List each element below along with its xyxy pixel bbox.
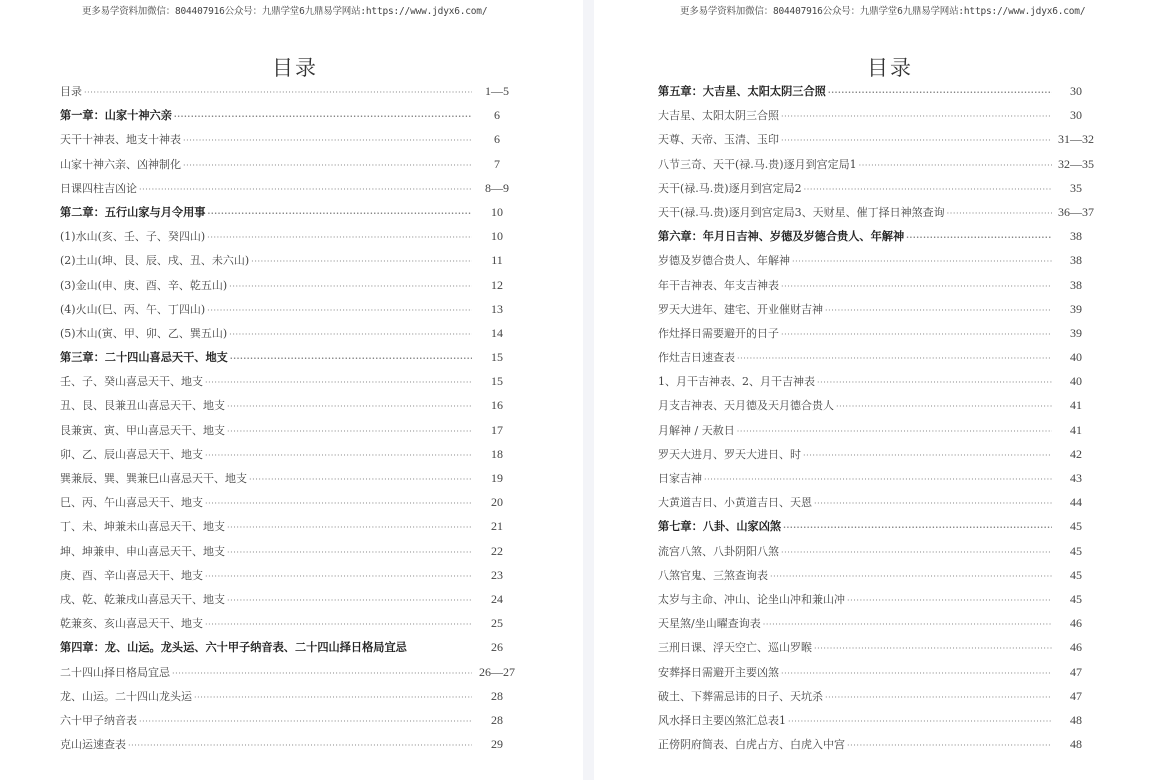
toc-entry[interactable]: 日课四柱吉凶论8—9 xyxy=(60,176,520,200)
toc-title: 目录 xyxy=(867,52,913,82)
toc-dot-leader xyxy=(828,80,1052,104)
toc-page-number: 46 xyxy=(1054,611,1098,635)
toc-entry-label: 克山运速查表 xyxy=(60,733,126,757)
toc-page-number: 30 xyxy=(1054,103,1098,127)
toc-dot-leader xyxy=(781,275,1052,299)
toc-entry[interactable]: 月解神 / 天赦日41 xyxy=(658,418,1098,442)
toc-entry[interactable]: 克山运速查表29 xyxy=(60,732,520,756)
toc-entry-label: (3)金山(申、庚、酉、辛、乾五山) xyxy=(60,274,227,298)
toc-page-number: 15 xyxy=(474,345,520,369)
toc-entry-label: 第五章：大吉星、太阳太阴三合照 xyxy=(658,79,826,103)
toc-entry-label: 第二章：五行山家与月令用事 xyxy=(60,200,205,224)
toc-entry[interactable]: 戌、乾、乾兼戌山喜忌天干、地支24 xyxy=(60,587,520,611)
toc-entry[interactable]: 月支吉神表、天月德及天月德合贵人41 xyxy=(658,393,1098,417)
toc-dot-leader xyxy=(781,662,1052,686)
toc-entry[interactable]: 庚、酉、辛山喜忌天干、地支23 xyxy=(60,563,520,587)
toc-dot-leader xyxy=(763,613,1052,637)
toc-entry[interactable]: 作灶择日需要避开的日子39 xyxy=(658,321,1098,345)
toc-entry-label: 目录 xyxy=(60,80,82,104)
toc-dot-leader xyxy=(174,104,472,128)
toc-dot-leader xyxy=(783,515,1052,539)
toc-dot-leader xyxy=(781,105,1052,129)
toc-dot-leader xyxy=(817,371,1052,395)
toc-entry-label: 月解神 / 天赦日 xyxy=(658,419,735,443)
toc-list: 目录1—5第一章：山家十神六亲6天干十神表、地支十神表6山家十神六亲、凶神制化7… xyxy=(60,79,520,756)
toc-chapter-entry[interactable]: 第三章：二十四山喜忌天干、地支15 xyxy=(60,345,520,369)
toc-entry-label: 天星煞/坐山曜查询表 xyxy=(658,612,761,636)
toc-dot-leader xyxy=(792,250,1052,274)
toc-entry-label: 庚、酉、辛山喜忌天干、地支 xyxy=(60,564,203,588)
toc-entry-label: 天干(禄.马.贵)逐月到宫定局3、天财星、催丁择日神煞查询 xyxy=(658,201,945,225)
toc-entry-label: 1、月干吉神表、2、月干吉神表 xyxy=(658,370,815,394)
toc-page-number: 11 xyxy=(474,248,520,272)
toc-entry-label: 年干吉神表、年支吉神表 xyxy=(658,274,779,298)
toc-entry[interactable]: 山家十神六亲、凶神制化7 xyxy=(60,152,520,176)
toc-page-number: 30 xyxy=(1054,79,1098,103)
toc-entry[interactable]: 二十四山择日格局宜忌26—27 xyxy=(60,660,520,684)
toc-entry[interactable]: 六十甲子纳音表28 xyxy=(60,708,520,732)
toc-entry-label: 八煞官鬼、三煞查询表 xyxy=(658,564,768,588)
toc-page-number: 45 xyxy=(1054,587,1098,611)
toc-page-number: 28 xyxy=(474,708,520,732)
toc-dot-leader xyxy=(781,129,1052,153)
toc-dot-leader xyxy=(781,541,1052,565)
toc-page-number: 26—27 xyxy=(474,660,520,684)
toc-entry[interactable]: 大吉星、太阳太阴三合照30 xyxy=(658,103,1098,127)
toc-dot-leader xyxy=(230,346,472,370)
toc-entry-label: 流宫八煞、八卦阴阳八煞 xyxy=(658,540,779,564)
toc-entry-label: 第三章：二十四山喜忌天干、地支 xyxy=(60,345,228,369)
toc-page-number: 45 xyxy=(1054,563,1098,587)
toc-entry-label: (4)火山(巳、丙、午、丁四山) xyxy=(60,298,205,322)
toc-dot-leader xyxy=(227,516,472,540)
toc-entry-label: 艮兼寅、寅、甲山喜忌天干、地支 xyxy=(60,419,225,443)
toc-entry-label: (5)木山(寅、甲、卯、乙、巽五山) xyxy=(60,322,227,346)
toc-page-number: 48 xyxy=(1054,732,1098,756)
toc-entry-label: 天干十神表、地支十神表 xyxy=(60,128,181,152)
toc-dot-leader xyxy=(770,565,1052,589)
toc-page-number: 32—35 xyxy=(1054,152,1098,176)
toc-entry-label: 大黄道吉日、小黄道吉日、天恩 xyxy=(658,491,812,515)
toc-entry[interactable]: 天干十神表、地支十神表6 xyxy=(60,127,520,151)
toc-dot-leader xyxy=(251,250,472,274)
toc-page-number: 41 xyxy=(1054,418,1098,442)
page-gutter xyxy=(583,0,594,780)
toc-entry-label: 二十四山择日格局宜忌 xyxy=(60,661,170,685)
toc-page-number: 6 xyxy=(474,103,520,127)
toc-dot-leader xyxy=(947,202,1052,226)
document-viewer: 更多易学资料加微信：804407916公众号：九鼎学堂6九鼎易学网站:https… xyxy=(0,0,1158,780)
toc-chapter-entry[interactable]: 第五章：大吉星、太阳太阴三合照30 xyxy=(658,79,1098,103)
toc-entry[interactable]: 岁德及岁德合贵人、年解神38 xyxy=(658,248,1098,272)
toc-page-number: 15 xyxy=(474,369,520,393)
toc-entry-label: 第一章：山家十神六亲 xyxy=(60,103,172,127)
toc-dot-leader xyxy=(859,154,1052,178)
toc-entry-label: (2)土山(坤、艮、辰、戌、丑、未六山) xyxy=(60,249,249,273)
toc-dot-leader xyxy=(825,686,1052,710)
toc-entry-label: 作灶吉日速查表 xyxy=(658,346,735,370)
toc-entry-label: 天尊、天帝、玉清、玉印 xyxy=(658,128,779,152)
toc-entry-label: 日课四柱吉凶论 xyxy=(60,177,137,201)
toc-entry-label: 巳、丙、午山喜忌天干、地支 xyxy=(60,491,203,515)
toc-dot-leader xyxy=(847,589,1052,613)
toc-page-number: 17 xyxy=(474,418,520,442)
toc-dot-leader xyxy=(205,444,472,468)
toc-dot-leader xyxy=(183,129,472,153)
toc-dot-leader xyxy=(128,734,472,758)
toc-page-number: 39 xyxy=(1054,297,1098,321)
toc-dot-leader xyxy=(139,178,472,202)
toc-dot-leader xyxy=(836,395,1052,419)
toc-entry-label: 日家吉神 xyxy=(658,467,702,491)
toc-page-number: 48 xyxy=(1054,708,1098,732)
toc-page-number: 38 xyxy=(1054,224,1098,248)
toc-entry[interactable]: 坤、坤兼申、申山喜忌天干、地支22 xyxy=(60,539,520,563)
toc-entry[interactable]: 巳、丙、午山喜忌天干、地支20 xyxy=(60,490,520,514)
toc-page-number: 45 xyxy=(1054,514,1098,538)
toc-dot-leader xyxy=(814,637,1052,661)
toc-entry-label: 卯、乙、辰山喜忌天干、地支 xyxy=(60,443,203,467)
toc-page-number: 22 xyxy=(474,539,520,563)
toc-page-number: 44 xyxy=(1054,490,1098,514)
toc-page-number: 8—9 xyxy=(474,176,520,200)
toc-dot-leader xyxy=(227,395,472,419)
toc-dot-leader xyxy=(205,565,472,589)
toc-dot-leader xyxy=(906,225,1052,249)
toc-entry[interactable]: 龙、山运。二十四山龙头运28 xyxy=(60,684,520,708)
toc-dot-leader xyxy=(183,154,472,178)
toc-entry-label: 第四章：龙、山运。龙头运、六十甲子纳音表、二十四山择日格局宜忌 xyxy=(60,635,407,659)
toc-entry-label: 壬、子、癸山喜忌天干、地支 xyxy=(60,370,203,394)
toc-entry[interactable]: 安葬择日需避开主要凶煞47 xyxy=(658,660,1098,684)
document-page-right: 更多易学资料加微信：804407916公众号：九鼎学堂6九鼎易学网站:https… xyxy=(594,0,1158,780)
toc-entry-label: 山家十神六亲、凶神制化 xyxy=(60,153,181,177)
toc-entry[interactable]: 八节三奇、天干(禄.马.贵)逐月到宫定局132—35 xyxy=(658,152,1098,176)
toc-entry-label: 戌、乾、乾兼戌山喜忌天干、地支 xyxy=(60,588,225,612)
toc-entry[interactable]: 八煞官鬼、三煞查询表45 xyxy=(658,563,1098,587)
toc-entry-label: 坤、坤兼申、申山喜忌天干、地支 xyxy=(60,540,225,564)
toc-dot-leader xyxy=(227,420,472,444)
toc-page-number: 21 xyxy=(474,514,520,538)
toc-entry-label: 罗天大进月、罗天大进日、时 xyxy=(658,443,801,467)
toc-entry-label: 岁德及岁德合贵人、年解神 xyxy=(658,249,790,273)
toc-entry-label: 六十甲子纳音表 xyxy=(60,709,137,733)
toc-entry-label: 龙、山运。二十四山龙头运 xyxy=(60,685,192,709)
toc-entry[interactable]: 天尊、天帝、玉清、玉印31—32 xyxy=(658,127,1098,151)
toc-entry-label: 太岁与主命、冲山、论坐山冲和兼山冲 xyxy=(658,588,845,612)
toc-page-number: 42 xyxy=(1054,442,1098,466)
toc-entry-label: 巽兼辰、巽、巽兼巳山喜忌天干、地支 xyxy=(60,467,247,491)
toc-dot-leader xyxy=(205,492,472,516)
toc-entry[interactable]: 乾兼亥、亥山喜忌天干、地支25 xyxy=(60,611,520,635)
toc-page-number: 41 xyxy=(1054,393,1098,417)
toc-dot-leader xyxy=(803,444,1052,468)
page-header-watermark: 更多易学资料加微信：804407916公众号：九鼎学堂6九鼎易学网站:https… xyxy=(680,3,1085,17)
toc-page-number: 31—32 xyxy=(1054,127,1098,151)
toc-dot-leader xyxy=(788,710,1052,734)
toc-dot-leader xyxy=(194,686,472,710)
toc-entry[interactable]: 天干(禄.马.贵)逐月到宫定局235 xyxy=(658,176,1098,200)
toc-entry-label: 丁、未、坤兼未山喜忌天干、地支 xyxy=(60,515,225,539)
toc-dot-leader xyxy=(249,468,472,492)
toc-page-number: 12 xyxy=(474,273,520,297)
toc-entry-label: 安葬择日需避开主要凶煞 xyxy=(658,661,779,685)
toc-page-number: 40 xyxy=(1054,345,1098,369)
toc-entry[interactable]: 风水择日主要凶煞汇总表148 xyxy=(658,708,1098,732)
toc-dot-leader xyxy=(84,81,472,105)
toc-entry-label: 正傍阴府简表、白虎占方、白虎入中宫 xyxy=(658,733,845,757)
toc-dot-leader xyxy=(207,201,472,225)
toc-page-number: 16 xyxy=(474,393,520,417)
toc-dot-leader xyxy=(227,541,472,565)
toc-dot-leader xyxy=(704,468,1052,492)
toc-entry[interactable]: 卯、乙、辰山喜忌天干、地支18 xyxy=(60,442,520,466)
toc-page-number: 29 xyxy=(474,732,520,756)
toc-entry[interactable]: 太岁与主命、冲山、论坐山冲和兼山冲45 xyxy=(658,587,1098,611)
toc-page-number: 14 xyxy=(474,321,520,345)
toc-entry[interactable]: 1、月干吉神表、2、月干吉神表40 xyxy=(658,369,1098,393)
toc-entry[interactable]: 三刑日课、浮天空亡、巡山罗睺46 xyxy=(658,635,1098,659)
toc-entry[interactable]: 大黄道吉日、小黄道吉日、天恩44 xyxy=(658,490,1098,514)
toc-dot-leader xyxy=(205,613,472,637)
toc-entry-label: 第六章：年月日吉神、岁德及岁德合贵人、年解神 xyxy=(658,224,904,248)
toc-entry-label: 风水择日主要凶煞汇总表1 xyxy=(658,709,786,733)
toc-dot-leader xyxy=(814,492,1052,516)
toc-entry[interactable]: 丑、艮、艮兼丑山喜忌天干、地支16 xyxy=(60,393,520,417)
toc-page-number: 38 xyxy=(1054,273,1098,297)
toc-page-number: 26 xyxy=(474,635,520,659)
toc-page-number: 1—5 xyxy=(474,79,520,103)
toc-dot-leader xyxy=(229,275,472,299)
toc-dot-leader xyxy=(229,323,472,347)
toc-entry[interactable]: 目录1—5 xyxy=(60,79,520,103)
toc-entry[interactable]: (4)火山(巳、丙、午、丁四山)13 xyxy=(60,297,520,321)
toc-entry[interactable]: 巽兼辰、巽、巽兼巳山喜忌天干、地支19 xyxy=(60,466,520,490)
toc-entry[interactable]: 破土、下葬需忌讳的日子、天坑杀47 xyxy=(658,684,1098,708)
toc-entry-label: 八节三奇、天干(禄.马.贵)逐月到宫定局1 xyxy=(658,153,857,177)
toc-page-number: 38 xyxy=(1054,248,1098,272)
toc-entry[interactable]: 正傍阴府简表、白虎占方、白虎入中宫48 xyxy=(658,732,1098,756)
toc-entry[interactable]: 天干(禄.马.贵)逐月到宫定局3、天财星、催丁择日神煞查询36—37 xyxy=(658,200,1098,224)
toc-entry-label: 乾兼亥、亥山喜忌天干、地支 xyxy=(60,612,203,636)
toc-page-number: 23 xyxy=(474,563,520,587)
toc-entry-label: 大吉星、太阳太阴三合照 xyxy=(658,104,779,128)
toc-page-number: 20 xyxy=(474,490,520,514)
toc-dot-leader xyxy=(737,347,1052,371)
toc-page-number: 13 xyxy=(474,297,520,321)
toc-entry-label: 天干(禄.马.贵)逐月到宫定局2 xyxy=(658,177,802,201)
toc-chapter-entry[interactable]: 第六章：年月日吉神、岁德及岁德合贵人、年解神38 xyxy=(658,224,1098,248)
toc-page-number: 46 xyxy=(1054,635,1098,659)
toc-chapter-entry[interactable]: 第四章：龙、山运。龙头运、六十甲子纳音表、二十四山择日格局宜忌26 xyxy=(60,635,520,659)
toc-dot-leader xyxy=(847,734,1052,758)
toc-entry[interactable]: 年干吉神表、年支吉神表38 xyxy=(658,273,1098,297)
toc-entry[interactable]: (3)金山(申、庚、酉、辛、乾五山)12 xyxy=(60,273,520,297)
toc-entry[interactable]: (1)水山(亥、壬、子、癸四山)10 xyxy=(60,224,520,248)
toc-dot-leader xyxy=(207,299,472,323)
toc-entry[interactable]: 天星煞/坐山曜查询表46 xyxy=(658,611,1098,635)
toc-entry[interactable]: 罗天大进年、建宅、开业催财吉神39 xyxy=(658,297,1098,321)
toc-chapter-entry[interactable]: 第二章：五行山家与月令用事10 xyxy=(60,200,520,224)
page-header-watermark: 更多易学资料加微信：804407916公众号：九鼎学堂6九鼎易学网站:https… xyxy=(82,3,487,17)
toc-list: 第五章：大吉星、太阳太阴三合照30大吉星、太阳太阴三合照30天尊、天帝、玉清、玉… xyxy=(658,79,1098,756)
toc-entry[interactable]: 流宫八煞、八卦阴阳八煞45 xyxy=(658,539,1098,563)
toc-entry-label: 月支吉神表、天月德及天月德合贵人 xyxy=(658,394,834,418)
toc-page-number: 45 xyxy=(1054,539,1098,563)
toc-entry-label: (1)水山(亥、壬、子、癸四山) xyxy=(60,225,205,249)
toc-entry-label: 三刑日课、浮天空亡、巡山罗睺 xyxy=(658,636,812,660)
toc-dot-leader xyxy=(737,420,1052,444)
toc-page-number: 6 xyxy=(474,127,520,151)
toc-page-number: 35 xyxy=(1054,176,1098,200)
toc-chapter-entry[interactable]: 第一章：山家十神六亲6 xyxy=(60,103,520,127)
toc-entry-label: 丑、艮、艮兼丑山喜忌天干、地支 xyxy=(60,394,225,418)
toc-entry[interactable]: 罗天大进月、罗天大进日、时42 xyxy=(658,442,1098,466)
toc-page-number: 10 xyxy=(474,224,520,248)
toc-entry-label: 破土、下葬需忌讳的日子、天坑杀 xyxy=(658,685,823,709)
toc-title: 目录 xyxy=(272,52,318,82)
toc-page-number: 39 xyxy=(1054,321,1098,345)
toc-entry-label: 作灶择日需要避开的日子 xyxy=(658,322,779,346)
toc-dot-leader xyxy=(172,662,472,686)
toc-page-number: 7 xyxy=(474,152,520,176)
toc-page-number: 10 xyxy=(474,200,520,224)
toc-entry[interactable]: 艮兼寅、寅、甲山喜忌天干、地支17 xyxy=(60,418,520,442)
document-page-left: 更多易学资料加微信：804407916公众号：九鼎学堂6九鼎易学网站:https… xyxy=(0,0,583,780)
toc-dot-leader xyxy=(227,589,472,613)
toc-page-number: 36—37 xyxy=(1054,200,1098,224)
toc-dot-leader xyxy=(207,226,472,250)
toc-page-number: 19 xyxy=(474,466,520,490)
toc-entry-label: 罗天大进年、建宅、开业催财吉神 xyxy=(658,298,823,322)
toc-entry[interactable]: 作灶吉日速查表40 xyxy=(658,345,1098,369)
toc-dot-leader xyxy=(825,299,1052,323)
toc-dot-leader xyxy=(139,710,472,734)
toc-page-number: 40 xyxy=(1054,369,1098,393)
toc-entry[interactable]: 壬、子、癸山喜忌天干、地支15 xyxy=(60,369,520,393)
toc-entry[interactable]: 丁、未、坤兼未山喜忌天干、地支21 xyxy=(60,514,520,538)
toc-dot-leader xyxy=(205,371,472,395)
toc-chapter-entry[interactable]: 第七章：八卦、山家凶煞45 xyxy=(658,514,1098,538)
toc-page-number: 25 xyxy=(474,611,520,635)
toc-entry-label: 第七章：八卦、山家凶煞 xyxy=(658,514,781,538)
toc-page-number: 47 xyxy=(1054,660,1098,684)
toc-entry[interactable]: (2)土山(坤、艮、辰、戌、丑、未六山)11 xyxy=(60,248,520,272)
toc-entry[interactable]: 日家吉神43 xyxy=(658,466,1098,490)
toc-dot-leader xyxy=(804,178,1052,202)
toc-page-number: 43 xyxy=(1054,466,1098,490)
toc-page-number: 28 xyxy=(474,684,520,708)
toc-page-number: 47 xyxy=(1054,684,1098,708)
toc-dot-leader xyxy=(781,323,1052,347)
toc-page-number: 18 xyxy=(474,442,520,466)
toc-entry[interactable]: (5)木山(寅、甲、卯、乙、巽五山)14 xyxy=(60,321,520,345)
toc-page-number: 24 xyxy=(474,587,520,611)
